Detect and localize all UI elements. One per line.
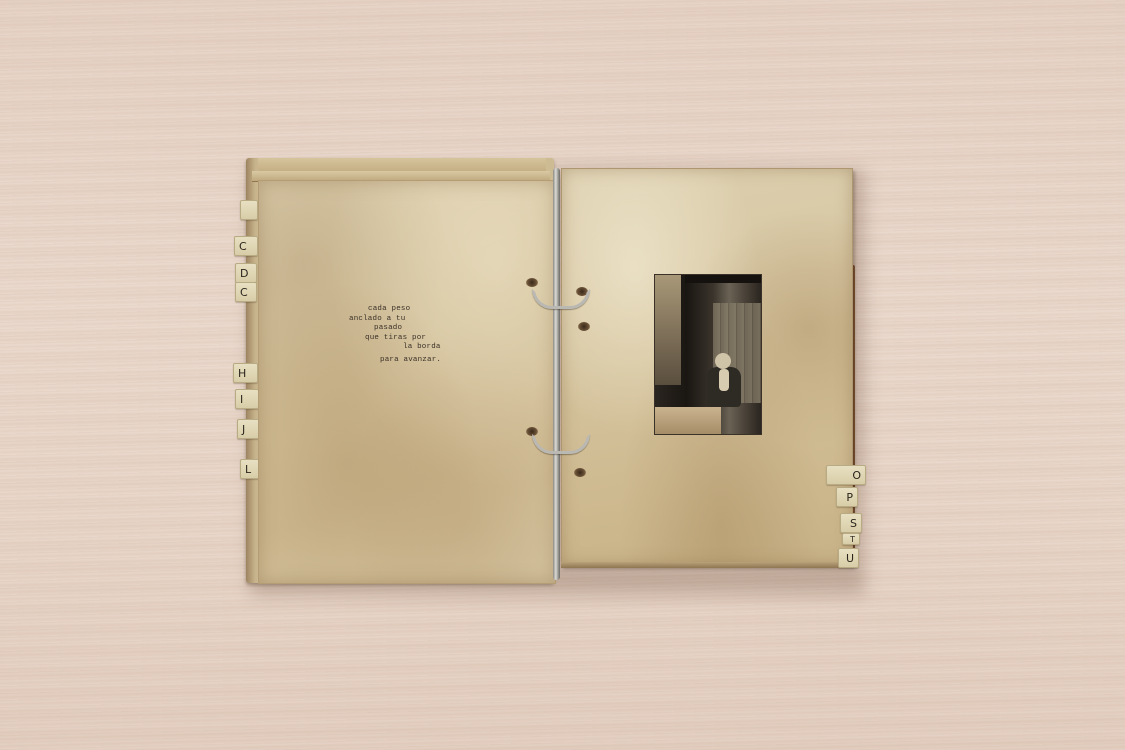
- index-tab-i[interactable]: I: [235, 389, 259, 409]
- index-tab-h[interactable]: H: [233, 363, 258, 383]
- punch-hole: [574, 468, 586, 477]
- poem-line: para avanzar.: [340, 356, 460, 366]
- poem-line: pasado: [340, 324, 460, 334]
- poem-line: anclado a tu: [340, 315, 460, 325]
- wood-surface: C D C H I J L cada peso anclado a tu pas…: [0, 0, 1125, 750]
- typed-poem: cada peso anclado a tu pasado que tiras …: [340, 305, 460, 365]
- index-tab-t[interactable]: T: [842, 533, 860, 545]
- punch-hole: [526, 278, 538, 287]
- poem-line: que tiras por: [340, 334, 460, 344]
- punch-hole: [578, 322, 590, 331]
- page-edge: [561, 562, 853, 568]
- index-tab-p[interactable]: P: [836, 487, 858, 507]
- index-tab-u[interactable]: U: [838, 548, 859, 568]
- binder-rod: [553, 168, 560, 580]
- index-tab-c2[interactable]: C: [235, 282, 257, 302]
- left-page: [258, 180, 556, 584]
- poem-line: cada peso: [340, 305, 460, 315]
- index-tab[interactable]: [240, 200, 258, 220]
- vintage-photograph: [654, 274, 762, 435]
- index-tab-s[interactable]: S: [840, 513, 862, 533]
- index-tab-d[interactable]: D: [235, 263, 257, 283]
- index-tab-o[interactable]: O: [826, 465, 866, 485]
- index-tab-c[interactable]: C: [234, 236, 258, 256]
- poem-line: la borda: [340, 343, 460, 353]
